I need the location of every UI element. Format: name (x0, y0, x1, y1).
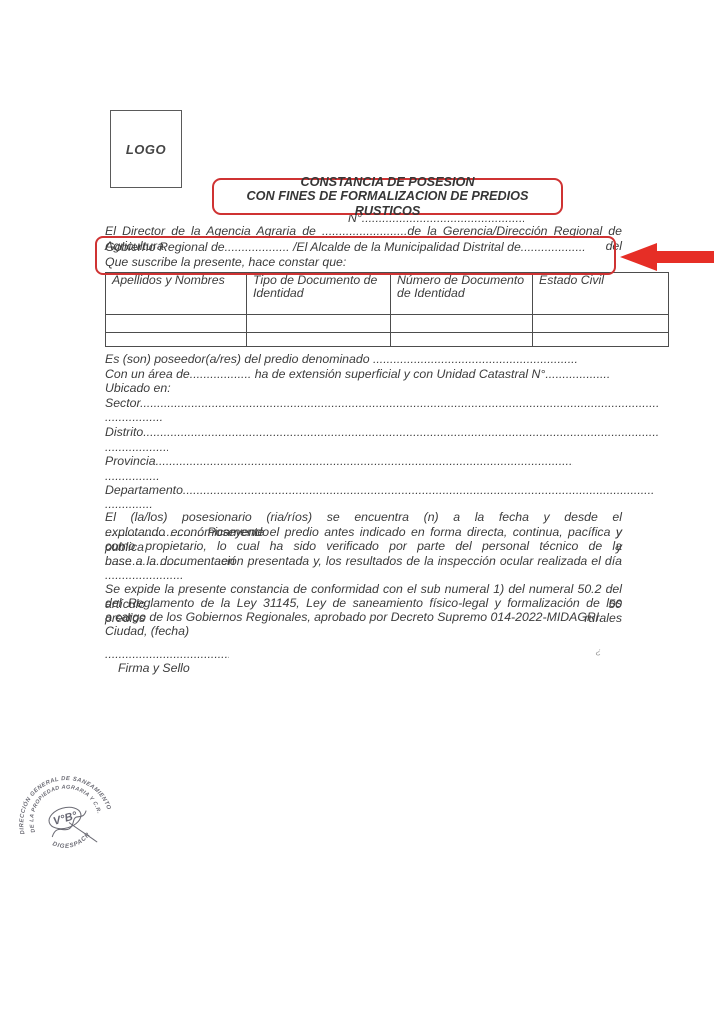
title-highlight-box: CONSTANCIA DE POSESION CON FINES DE FORM… (212, 178, 563, 215)
dotted-line: .............................. (105, 568, 183, 583)
provincia-line: Provincia...............................… (105, 454, 573, 469)
vobo-stamp-seal: DIRECCIÓN GENERAL DE SANEAMIENTO DE LA P… (3, 756, 127, 880)
signature-label: Firma y Sello (118, 661, 635, 676)
header-apellidos: Apellidos y Nombres (106, 273, 247, 315)
stamp-bottom-text: DIGESPACR (50, 830, 94, 855)
possessor-table: Apellidos y Nombres Tipo de Documento de… (105, 272, 669, 347)
departamento-line: Departamento............................… (105, 483, 654, 498)
distrito-line: Distrito................................… (105, 425, 659, 440)
dotted-line: .............................. (105, 440, 168, 455)
predio-line: Es (son) poseedor(a/res) del predio deno… (105, 352, 622, 367)
red-arrow-icon (617, 241, 717, 273)
dotted-line: .............................. (105, 410, 162, 425)
table-empty-cell (106, 333, 247, 347)
intro-highlight-box (95, 236, 616, 275)
table-empty-cell (533, 315, 669, 333)
possession-para-line-4: base a la documentación presentada y, lo… (105, 554, 622, 569)
table-row (106, 333, 669, 347)
header-tipo-documento: Tipo de Documento de Identidad (247, 273, 391, 315)
table-header-row: Apellidos y Nombres Tipo de Documento de… (106, 273, 669, 315)
sector-line: Sector..................................… (105, 396, 658, 411)
table-empty-cell (247, 315, 391, 333)
signature-dotted-line: ........................................ (105, 647, 229, 662)
header-numero-documento: Número de Documento de Identidad (391, 273, 533, 315)
legal-para-line-3: a cargo de los Gobiernos Regionales, apr… (105, 610, 622, 625)
table-empty-cell (106, 315, 247, 333)
table-row (106, 315, 669, 333)
title-line-2: CON FINES DE FORMALIZACION DE PREDIOS RU… (214, 189, 561, 218)
document-page: LOGO CONSTANCIA DE POSESION CON FINES DE… (0, 0, 724, 1023)
header-estado-civil: Estado Civil (533, 273, 669, 315)
table-empty-cell (247, 333, 391, 347)
table-empty-cell (391, 333, 533, 347)
scan-artifact: ¿ (595, 646, 602, 657)
table-empty-cell (391, 315, 533, 333)
title-line-1: CONSTANCIA DE POSESION (300, 175, 474, 190)
city-date-line: Ciudad, (fecha) (105, 624, 622, 639)
table-empty-cell (533, 333, 669, 347)
area-line: Con un área de.................. ha de e… (105, 367, 622, 382)
dotted-line: .............................. (105, 469, 160, 484)
logo-label: LOGO (126, 142, 166, 157)
ubicado-label: Ubicado en: (105, 381, 622, 396)
logo-placeholder-box: LOGO (110, 110, 182, 188)
